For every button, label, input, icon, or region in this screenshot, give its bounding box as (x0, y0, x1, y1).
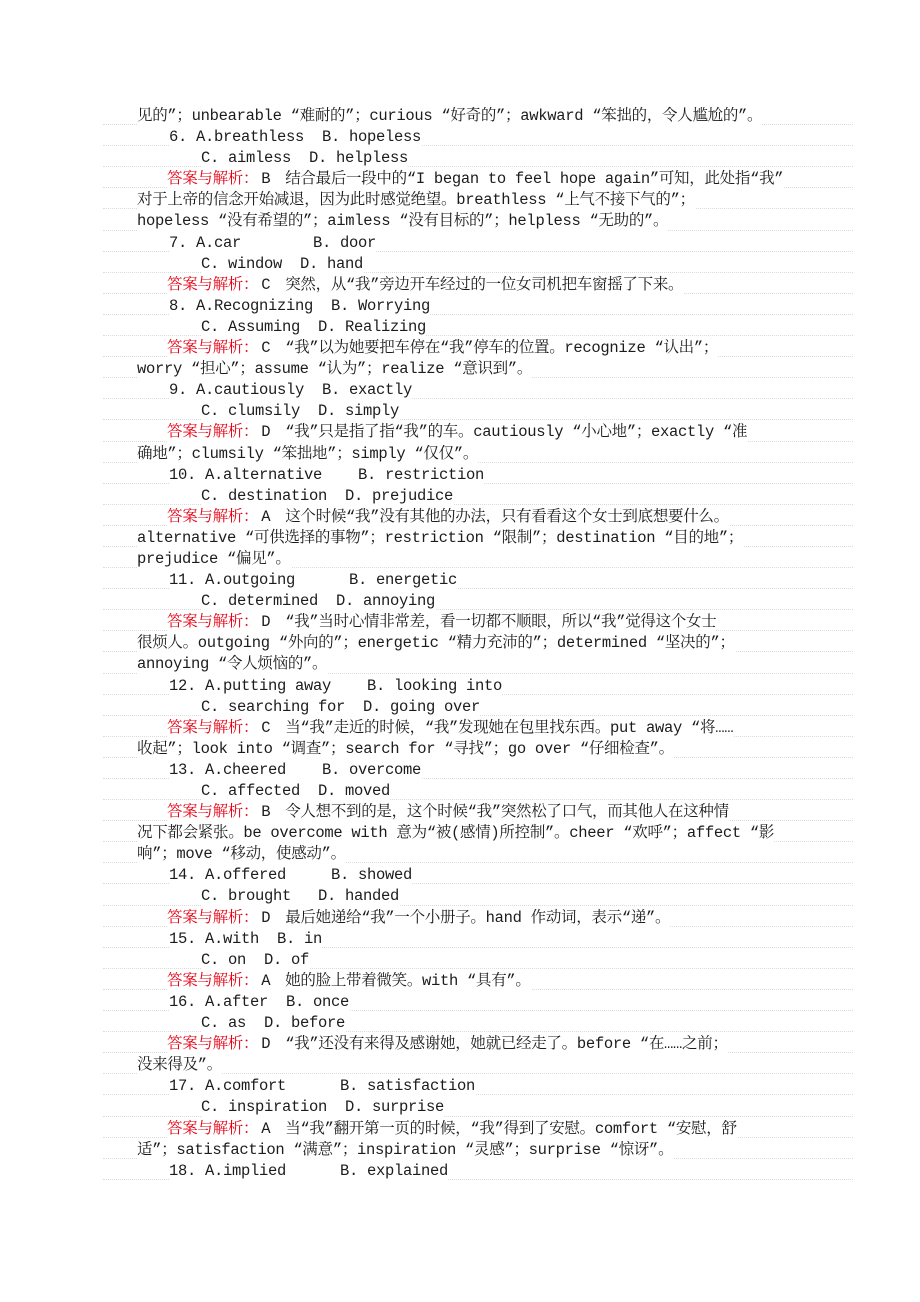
answer-explanation: 当“我”翻开第一页的时候，“我”得到了安慰。comfort “安慰，舒 (285, 1120, 736, 1138)
line-text: 14. A.offered B. showed (169, 865, 412, 886)
answer-letter: D (261, 613, 270, 631)
answer-label: 答案与解析： (167, 1120, 258, 1138)
line-text: 12. A.putting away B. looking into (169, 676, 502, 697)
answer-label: 答案与解析： (167, 803, 258, 821)
line-text: 答案与解析：A她的脸上带着微笑。with “具有”。 (167, 971, 531, 992)
line-text: C. searching for D. going over (201, 697, 480, 718)
answer-line: 答案与解析：A当“我”翻开第一页的时候，“我”得到了安慰。comfort “安慰… (137, 1119, 795, 1140)
answer-letter: B (261, 170, 270, 188)
question-options-line: 9. A.cautiously B. exactly (137, 380, 795, 401)
line-text: 答案与解析：D最后她递给“我”一个小册子。hand 作动词，表示“递”。 (167, 908, 670, 929)
line-text: 况下都会紧张。be overcome with 意为“被(感情)所控制”。che… (137, 823, 774, 844)
line-text: 答案与解析：A这个时候“我”没有其他的办法，只有看看这个女士到底想要什么。 (167, 507, 729, 528)
paragraph-line: 况下都会紧张。be overcome with 意为“被(感情)所控制”。che… (137, 823, 795, 844)
line-text: 答案与解析：A当“我”翻开第一页的时候，“我”得到了安慰。comfort “安慰… (167, 1119, 737, 1140)
answer-label: 答案与解析： (167, 276, 258, 294)
paragraph-line: alternative “可供选择的事物”；restriction “限制”；d… (137, 528, 795, 549)
options-line: C. window D. hand (137, 254, 795, 275)
answer-label: 答案与解析： (167, 1035, 258, 1053)
paragraph-line: prejudice “偏见”。 (137, 549, 795, 570)
line-text: 13. A.cheered B. overcome (169, 760, 421, 781)
question-options-line: 16. A.after B. once (137, 992, 795, 1013)
line-text: C. determined D. annoying (201, 591, 435, 612)
question-options-line: 17. A.comfort B. satisfaction (137, 1076, 795, 1097)
answer-letter: A (261, 1120, 270, 1138)
paragraph-line: worry “担心”；assume “认为”；realize “意识到”。 (137, 359, 795, 380)
paragraph-line: 见的”；unbearable “难耐的”；curious “好奇的”；awkwa… (137, 106, 795, 127)
answer-letter: D (261, 1035, 270, 1053)
answer-label: 答案与解析： (167, 423, 258, 441)
line-text: 见的”；unbearable “难耐的”；curious “好奇的”；awkwa… (137, 106, 762, 127)
options-line: C. affected D. moved (137, 781, 795, 802)
options-line: C. on D. of (137, 950, 795, 971)
line-text: hopeless “没有希望的”；aimless “没有目标的”；helples… (137, 211, 668, 232)
answer-label: 答案与解析： (167, 972, 258, 990)
paragraph-line: 对于上帝的信念开始减退，因为此时感觉绝望。breathless “上气不接下气的… (137, 190, 795, 211)
line-text: 15. A.with B. in (169, 929, 322, 950)
answer-explanation: 最后她递给“我”一个小册子。hand 作动词，表示“递”。 (285, 909, 670, 927)
paragraph-line: annoying “令人烦恼的”。 (137, 654, 795, 675)
answer-explanation: 令人想不到的是，这个时候“我”突然松了口气，而其他人在这种情 (285, 803, 729, 821)
question-options-line: 14. A.offered B. showed (137, 865, 795, 886)
options-line: C. aimless D. helpless (137, 148, 795, 169)
answer-explanation: 结合最后一段中的“I began to feel hope again”可知，此… (285, 170, 783, 188)
line-text: 11. A.outgoing B. energetic (169, 570, 457, 591)
document-body: 见的”；unbearable “难耐的”；curious “好奇的”；awkwa… (137, 106, 795, 1182)
line-text: 答案与解析：C突然，从“我”旁边开车经过的一位女司机把车窗摇了下来。 (167, 275, 683, 296)
question-options-line: 12. A.putting away B. looking into (137, 676, 795, 697)
answer-letter: A (261, 508, 270, 526)
question-options-line: 6. A.breathless B. hopeless (137, 127, 795, 148)
question-options-line: 15. A.with B. in (137, 929, 795, 950)
question-options-line: 11. A.outgoing B. energetic (137, 570, 795, 591)
line-text: 7. A.car B. door (169, 233, 376, 254)
paragraph-line: 确地”；clumsily “笨拙地”；simply “仅仅”。 (137, 444, 795, 465)
line-text: C. Assuming D. Realizing (201, 317, 426, 338)
question-options-line: 13. A.cheered B. overcome (137, 760, 795, 781)
answer-explanation: “我”只是指了指“我”的车。cautiously “小心地”；exactly “… (285, 423, 747, 441)
answer-letter: C (261, 276, 270, 294)
paragraph-line: 很烦人。outgoing “外向的”；energetic “精力充沛的”；det… (137, 633, 795, 654)
line-text: C. inspiration D. surprise (201, 1097, 444, 1118)
line-text: 16. A.after B. once (169, 992, 349, 1013)
answer-label: 答案与解析： (167, 613, 258, 631)
document-page: 见的”；unbearable “难耐的”；curious “好奇的”；awkwa… (0, 0, 920, 1302)
options-line: C. inspiration D. surprise (137, 1097, 795, 1118)
options-line: C. brought D. handed (137, 886, 795, 907)
line-text: 17. A.comfort B. satisfaction (169, 1076, 475, 1097)
options-line: C. as D. before (137, 1013, 795, 1034)
answer-label: 答案与解析： (167, 719, 258, 737)
line-text: 响”；move “移动，使感动”。 (137, 844, 346, 865)
answer-explanation: “我”以为她要把车停在“我”停车的位置。recognize “认出”； (285, 339, 718, 357)
line-text: 答案与解析：D“我”当时心情非常差，看一切都不顺眼，所以“我”觉得这个女士 (167, 612, 716, 633)
answer-letter: D (261, 423, 270, 441)
paragraph-line: 收起”；look into “调查”；search for “寻找”；go ov… (137, 739, 795, 760)
answer-letter: C (261, 719, 270, 737)
line-text: 答案与解析：B令人想不到的是，这个时候“我”突然松了口气，而其他人在这种情 (167, 802, 729, 823)
line-text: C. affected D. moved (201, 781, 390, 802)
question-options-line: 10. A.alternative B. restriction (137, 465, 795, 486)
answer-explanation: 她的脸上带着微笑。with “具有”。 (285, 972, 530, 990)
line-text: 收起”；look into “调查”；search for “寻找”；go ov… (137, 739, 674, 760)
options-line: C. clumsily D. simply (137, 401, 795, 422)
answer-label: 答案与解析： (167, 339, 258, 357)
line-text: 没来得及”。 (137, 1055, 222, 1076)
line-text: 答案与解析：B结合最后一段中的“I began to feel hope aga… (167, 169, 783, 190)
line-text: prejudice “偏见”。 (137, 549, 291, 570)
line-text: C. destination D. prejudice (201, 486, 453, 507)
answer-line: 答案与解析：B令人想不到的是，这个时候“我”突然松了口气，而其他人在这种情 (137, 802, 795, 823)
answer-explanation: “我”还没有来得及感谢她，她就已经走了。before “在……之前； (285, 1035, 727, 1053)
answer-label: 答案与解析： (167, 508, 258, 526)
answer-line: 答案与解析：C“我”以为她要把车停在“我”停车的位置。recognize “认出… (137, 338, 795, 359)
answer-line: 答案与解析：A这个时候“我”没有其他的办法，只有看看这个女士到底想要什么。 (137, 507, 795, 528)
line-text: C. as D. before (201, 1013, 345, 1034)
answer-letter: D (261, 909, 270, 927)
line-text: 9. A.cautiously B. exactly (169, 380, 412, 401)
line-text: 10. A.alternative B. restriction (169, 465, 484, 486)
line-text: 对于上帝的信念开始减退，因为此时感觉绝望。breathless “上气不接下气的… (137, 190, 695, 211)
line-text: 18. A.implied B. explained (169, 1161, 448, 1182)
answer-line: 答案与解析：C突然，从“我”旁边开车经过的一位女司机把车窗摇了下来。 (137, 275, 795, 296)
answer-letter: A (261, 972, 270, 990)
line-text: 答案与解析：C当“我”走近的时候，“我”发现她在包里找东西。put away “… (167, 718, 733, 739)
answer-line: 答案与解析：D“我”还没有来得及感谢她，她就已经走了。before “在……之前… (137, 1034, 795, 1055)
line-text: 确地”；clumsily “笨拙地”；simply “仅仅”。 (137, 444, 478, 465)
line-text: C. on D. of (201, 950, 309, 971)
answer-explanation: 当“我”走近的时候，“我”发现她在包里找东西。put away “将…… (285, 719, 733, 737)
line-text: 答案与解析：C“我”以为她要把车停在“我”停车的位置。recognize “认出… (167, 338, 718, 359)
answer-label: 答案与解析： (167, 170, 258, 188)
answer-line: 答案与解析：D“我”只是指了指“我”的车。cautiously “小心地”；ex… (137, 422, 795, 443)
question-options-line: 18. A.implied B. explained (137, 1161, 795, 1182)
line-text: worry “担心”；assume “认为”；realize “意识到”。 (137, 359, 532, 380)
line-text: 适”；satisfaction “满意”；inspiration “灵感”；su… (137, 1140, 673, 1161)
paragraph-line: 响”；move “移动，使感动”。 (137, 844, 795, 865)
line-text: C. window D. hand (201, 254, 363, 275)
answer-explanation: 突然，从“我”旁边开车经过的一位女司机把车窗摇了下来。 (285, 276, 683, 294)
answer-line: 答案与解析：B结合最后一段中的“I began to feel hope aga… (137, 169, 795, 190)
line-text: 很烦人。outgoing “外向的”；energetic “精力充沛的”；det… (137, 633, 735, 654)
line-text: 8. A.Recognizing B. Worrying (169, 296, 430, 317)
options-line: C. searching for D. going over (137, 697, 795, 718)
paragraph-line: hopeless “没有希望的”；aimless “没有目标的”；helples… (137, 211, 795, 232)
answer-line: 答案与解析：C当“我”走近的时候，“我”发现她在包里找东西。put away “… (137, 718, 795, 739)
line-text: 答案与解析：D“我”只是指了指“我”的车。cautiously “小心地”；ex… (167, 422, 747, 443)
paragraph-line: 适”；satisfaction “满意”；inspiration “灵感”；su… (137, 1140, 795, 1161)
answer-line: 答案与解析：A她的脸上带着微笑。with “具有”。 (137, 971, 795, 992)
line-text: annoying “令人烦恼的”。 (137, 654, 327, 675)
line-text: C. clumsily D. simply (201, 401, 399, 422)
options-line: C. destination D. prejudice (137, 486, 795, 507)
line-text: alternative “可供选择的事物”；restriction “限制”；d… (137, 528, 743, 549)
paragraph-line: 没来得及”。 (137, 1055, 795, 1076)
answer-label: 答案与解析： (167, 909, 258, 927)
question-options-line: 7. A.car B. door (137, 233, 795, 254)
answer-explanation: “我”当时心情非常差，看一切都不顺眼，所以“我”觉得这个女士 (285, 613, 716, 631)
line-text: 6. A.breathless B. hopeless (169, 127, 421, 148)
answer-explanation: 这个时候“我”没有其他的办法，只有看看这个女士到底想要什么。 (285, 508, 729, 526)
line-text: 答案与解析：D“我”还没有来得及感谢她，她就已经走了。before “在……之前… (167, 1034, 728, 1055)
line-text: C. brought D. handed (201, 886, 399, 907)
question-options-line: 8. A.Recognizing B. Worrying (137, 296, 795, 317)
answer-letter: B (261, 803, 270, 821)
options-line: C. determined D. annoying (137, 591, 795, 612)
answer-letter: C (261, 339, 270, 357)
options-line: C. Assuming D. Realizing (137, 317, 795, 338)
line-text: C. aimless D. helpless (201, 148, 408, 169)
answer-line: 答案与解析：D“我”当时心情非常差，看一切都不顺眼，所以“我”觉得这个女士 (137, 612, 795, 633)
answer-line: 答案与解析：D最后她递给“我”一个小册子。hand 作动词，表示“递”。 (137, 908, 795, 929)
